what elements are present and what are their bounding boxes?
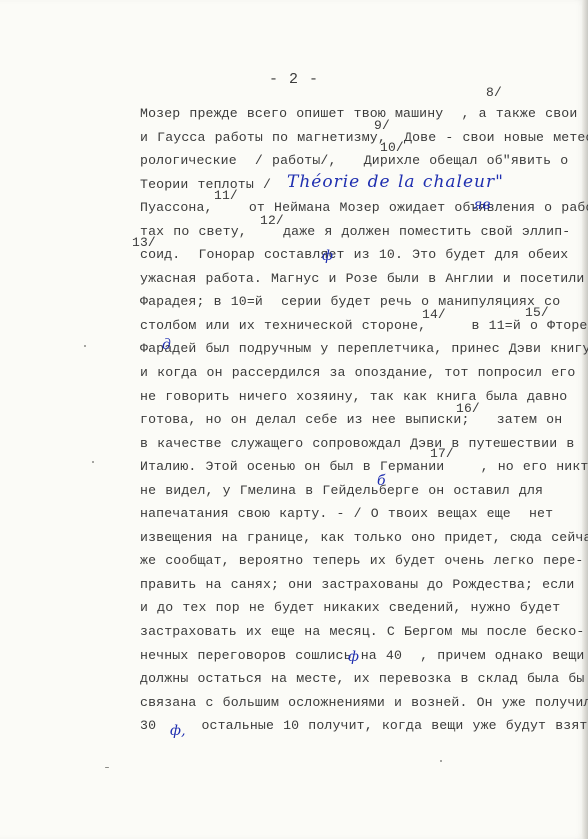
text-line: Мозер прежде всего опишет твою машину , … xyxy=(140,102,580,126)
text-line: и когда он рассердился за опоздание, тот… xyxy=(140,361,580,385)
text-line: рологические / работы/, Дирихле обещал о… xyxy=(140,149,580,173)
text-line: нечных переговоров сошлись на 40 , приче… xyxy=(140,644,580,668)
line-text: столбом или их технической стороне, в 11… xyxy=(140,318,588,333)
line-text: готова, но он делал себе из нее выписки;… xyxy=(140,412,562,427)
footnote-ref: 14/ xyxy=(422,308,446,321)
handwritten-french-title: Théorie de la chaleur" xyxy=(287,171,504,195)
line-text: и до тех пор не будет никаких сведений, … xyxy=(140,600,560,615)
text-line: соид. Гонорар составляет из 10. Это буде… xyxy=(140,243,580,267)
line-text: должны остаться на месте, их перевозка в… xyxy=(140,671,584,686)
text-line: готова, но он делал себе из нее выписки;… xyxy=(140,408,580,432)
line-text: и Гаусса работы по магнетизму, Дове - св… xyxy=(140,130,588,145)
footnote-ref: 8/ xyxy=(486,86,502,99)
line-text: и когда он рассердился за опоздание, тот… xyxy=(140,365,575,380)
footnote-ref: 13/ xyxy=(132,236,156,249)
text-line: связана с большим осложнениями и возней.… xyxy=(140,691,580,715)
text-line: Фарадея; в 10=й серии будет речь о манип… xyxy=(140,290,580,314)
line-text: Италию. Этой осенью он был в Германии , … xyxy=(140,459,588,474)
page-edge-shadow xyxy=(582,0,588,839)
text-line: извещения на границе, как только оно при… xyxy=(140,526,580,550)
text-line: 30 остальные 10 получит, когда вещи уже … xyxy=(140,714,580,738)
paper-speck xyxy=(92,461,94,463)
handwritten-correction: ф xyxy=(348,646,359,670)
text-line: тах по свету, даже я должен поместить св… xyxy=(140,220,580,244)
footnote-ref: 10/ xyxy=(380,141,404,154)
line-text: не говорить ничего хозяину, так как книг… xyxy=(140,389,567,404)
paper-speck xyxy=(105,767,109,768)
document-page: - 2 - Мозер прежде всего опишет твою маш… xyxy=(0,0,588,839)
handwritten-correction: ф xyxy=(322,245,333,269)
line-text: Фарадея; в 10=й серии будет речь о манип… xyxy=(140,294,560,309)
line-text: тах по свету, даже я должен поместить св… xyxy=(140,224,570,239)
line-text: нечных переговоров сошлись на 40 , приче… xyxy=(140,648,584,663)
line-text: же сообщат, вероятно теперь их будет оче… xyxy=(140,553,583,568)
line-text: Теории теплоты / xyxy=(140,177,271,192)
footnote-ref: 9/ xyxy=(374,119,390,132)
footnote-ref: 16/ xyxy=(456,402,480,415)
line-text: Мозер прежде всего опишет твою машину , … xyxy=(140,106,577,121)
line-text: в качестве служащего сопровождал Дэви в … xyxy=(140,436,574,451)
text-line: столбом или их технической стороне, в 11… xyxy=(140,314,580,338)
text-line: Италию. Этой осенью он был в Германии , … xyxy=(140,455,580,479)
handwritten-correction: ф, xyxy=(170,720,186,744)
line-text: застраховать их еще на месяц. С Бергом м… xyxy=(140,624,584,639)
text-line: Фарадей был подручным у переплетчика, пр… xyxy=(140,337,580,361)
footnote-ref: 12/ xyxy=(260,214,284,227)
line-text: напечатания свою карту. - / О твоих веща… xyxy=(140,506,553,521)
text-line: не говорить ничего хозяину, так как книг… xyxy=(140,385,580,409)
line-text: ужасная работа. Магнус и Розе были в Анг… xyxy=(140,271,584,286)
line-text: извещения на границе, как только оно при… xyxy=(140,530,588,545)
text-line: должны остаться на месте, их перевозка в… xyxy=(140,667,580,691)
line-text: 30 остальные 10 получит, когда вещи уже … xyxy=(140,718,588,733)
text-line: Теории теплоты /Théorie de la chaleur" xyxy=(140,173,580,197)
text-line: и до тех пор не будет никаких сведений, … xyxy=(140,596,580,620)
text-line: застраховать их еще на месяц. С Бергом м… xyxy=(140,620,580,644)
handwritten-correction: яв xyxy=(473,194,491,218)
line-text: связана с большим осложнениями и возней.… xyxy=(140,695,588,710)
paper-speck xyxy=(84,345,86,347)
text-line: же сообщат, вероятно теперь их будет оче… xyxy=(140,549,580,573)
text-line: не видел, у Гмелина в Гейдельберге он ос… xyxy=(140,479,580,503)
line-text: рологические / работы/, Дирихле обещал о… xyxy=(140,153,568,168)
text-line: напечатания свою карту. - / О твоих веща… xyxy=(140,502,580,526)
footnote-ref: 17/ xyxy=(430,447,454,460)
line-text: Фарадей был подручным у переплетчика, пр… xyxy=(140,341,588,356)
text-line: и Гаусса работы по магнетизму, Дове - св… xyxy=(140,126,580,150)
line-text: соид. Гонорар составляет из 10. Это буде… xyxy=(140,247,568,262)
footnote-ref: 11/ xyxy=(214,189,238,202)
text-line: ужасная работа. Магнус и Розе были в Анг… xyxy=(140,267,580,291)
text-line: Пуассона, от Неймана Мозер ожидает объяв… xyxy=(140,196,580,220)
typewritten-body: Мозер прежде всего опишет твою машину , … xyxy=(140,102,580,738)
footnote-ref: 15/ xyxy=(525,306,549,319)
text-line: править на санях; они застрахованы до Ро… xyxy=(140,573,580,597)
line-text: править на санях; они застрахованы до Ро… xyxy=(140,577,574,592)
line-text: не видел, у Гмелина в Гейдельберге он ос… xyxy=(140,483,543,498)
paper-speck xyxy=(440,760,442,762)
text-line: в качестве служащего сопровождал Дэви в … xyxy=(140,432,580,456)
handwritten-correction: б xyxy=(377,470,386,494)
line-text: Пуассона, от Неймана Мозер ожидает объяв… xyxy=(140,200,588,215)
handwritten-correction: д xyxy=(162,334,171,358)
